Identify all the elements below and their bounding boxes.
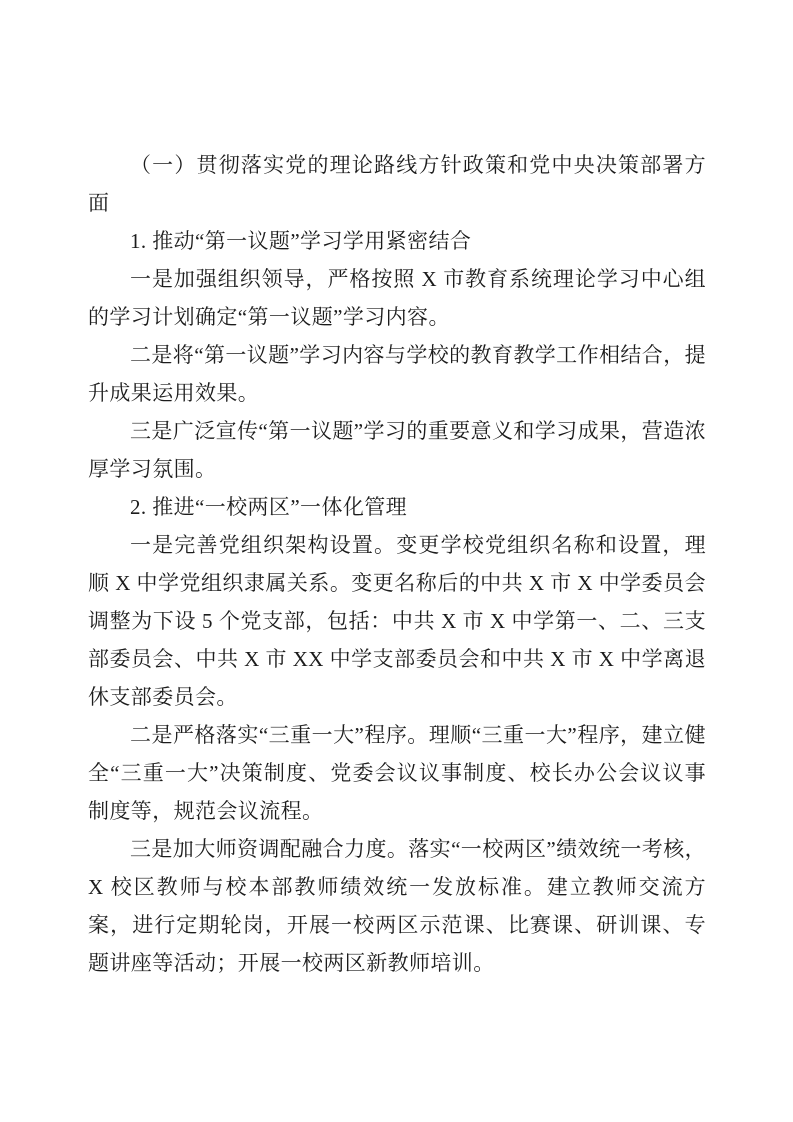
document-page: （一）贯彻落实党的理论路线方针政策和党中央决策部署方面 1. 推动“第一议题”学…	[0, 0, 793, 1122]
numbered-heading-1: 1. 推动“第一议题”学习学用紧密结合	[88, 222, 706, 260]
numbered-heading-2: 2. 推进“一校两区”一体化管理	[88, 488, 706, 526]
document-body: （一）贯彻落实党的理论路线方针政策和党中央决策部署方面 1. 推动“第一议题”学…	[88, 146, 706, 982]
paragraph-third-point: 三是加大师资调配融合力度。落实“一校两区”绩效统一考核，X 校区教师与校本部教师…	[88, 830, 706, 982]
paragraph-first-point: 一是加强组织领导，严格按照 X 市教育系统理论学习中心组的学习计划确定“第一议题…	[88, 260, 706, 336]
paragraph-second-point: 二是严格落实“三重一大”程序。理顺“三重一大”程序，建立健全“三重一大”决策制度…	[88, 716, 706, 830]
paragraph-second-point: 二是将“第一议题”学习内容与学校的教育教学工作相结合，提升成果运用效果。	[88, 336, 706, 412]
paragraph-first-point: 一是完善党组织架构设置。变更学校党组织名称和设置，理顺 X 中学党组织隶属关系。…	[88, 526, 706, 716]
section-heading: （一）贯彻落实党的理论路线方针政策和党中央决策部署方面	[88, 146, 706, 222]
paragraph-third-point: 三是广泛宣传“第一议题”学习的重要意义和学习成果，营造浓厚学习氛围。	[88, 412, 706, 488]
